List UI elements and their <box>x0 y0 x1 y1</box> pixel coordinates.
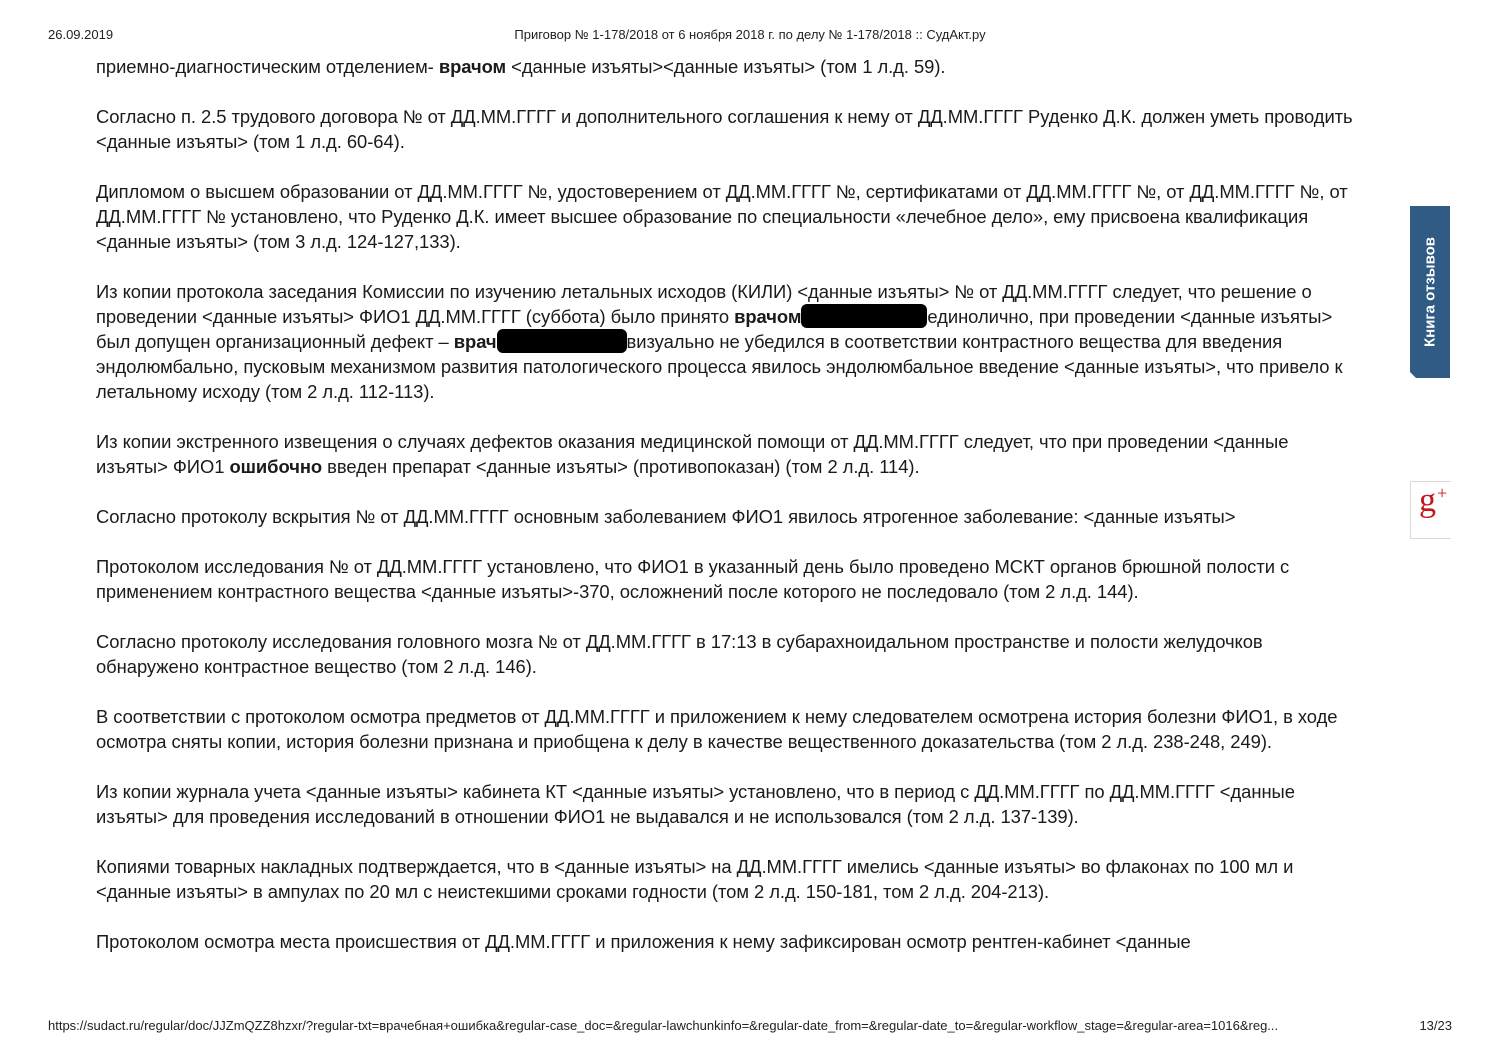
document-body: приемно-диагностическим отделением- врач… <box>96 54 1356 979</box>
plus-icon: + <box>1437 484 1447 502</box>
paragraph: Согласно протоколу вскрытия № от ДД.ММ.Г… <box>96 504 1356 529</box>
redaction-block <box>497 329 627 353</box>
paragraph: приемно-диагностическим отделением- врач… <box>96 54 1356 79</box>
page-title: Приговор № 1-178/2018 от 6 ноября 2018 г… <box>0 27 1500 42</box>
tab-corner <box>1410 372 1416 378</box>
paragraph: Из копии экстренного извещения о случаях… <box>96 429 1356 479</box>
bold-term: врачом <box>439 56 506 77</box>
paragraph: Дипломом о высшем образовании от ДД.ММ.Г… <box>96 179 1356 254</box>
google-plus-button[interactable]: g + <box>1410 481 1451 539</box>
reviews-book-label: Книга отзывов <box>1422 237 1439 347</box>
google-plus-icon: g <box>1419 484 1436 518</box>
paragraph: Протоколом исследования № от ДД.ММ.ГГГГ … <box>96 554 1356 604</box>
paragraph: Копиями товарных накладных подтверждаетс… <box>96 854 1356 904</box>
paragraph: Протоколом осмотра места происшествия от… <box>96 929 1356 954</box>
bold-term: ошибочно <box>229 456 322 477</box>
paragraph: Согласно протоколу исследования головног… <box>96 629 1356 679</box>
page-number: 13/23 <box>1419 1018 1452 1033</box>
paragraph: Из копии протокола заседания Комиссии по… <box>96 279 1356 404</box>
paragraph: Из копии журнала учета <данные изъяты> к… <box>96 779 1356 829</box>
page-url: https://sudact.ru/regular/doc/JJZmQZZ8hz… <box>48 1018 1278 1033</box>
redaction-block <box>801 304 927 328</box>
paragraph: Согласно п. 2.5 трудового договора № от … <box>96 104 1356 154</box>
text: <данные изъяты><данные изъяты> (том 1 л.… <box>506 56 945 77</box>
reviews-book-tab[interactable]: Книга отзывов <box>1410 206 1450 378</box>
text: введен препарат <данные изъяты> (противо… <box>322 456 919 477</box>
bold-term: врачом <box>734 306 801 327</box>
paragraph: В соответствии с протоколом осмотра пред… <box>96 704 1356 754</box>
text: приемно-диагностическим отделением- <box>96 56 439 77</box>
bold-term: врач <box>454 331 497 352</box>
